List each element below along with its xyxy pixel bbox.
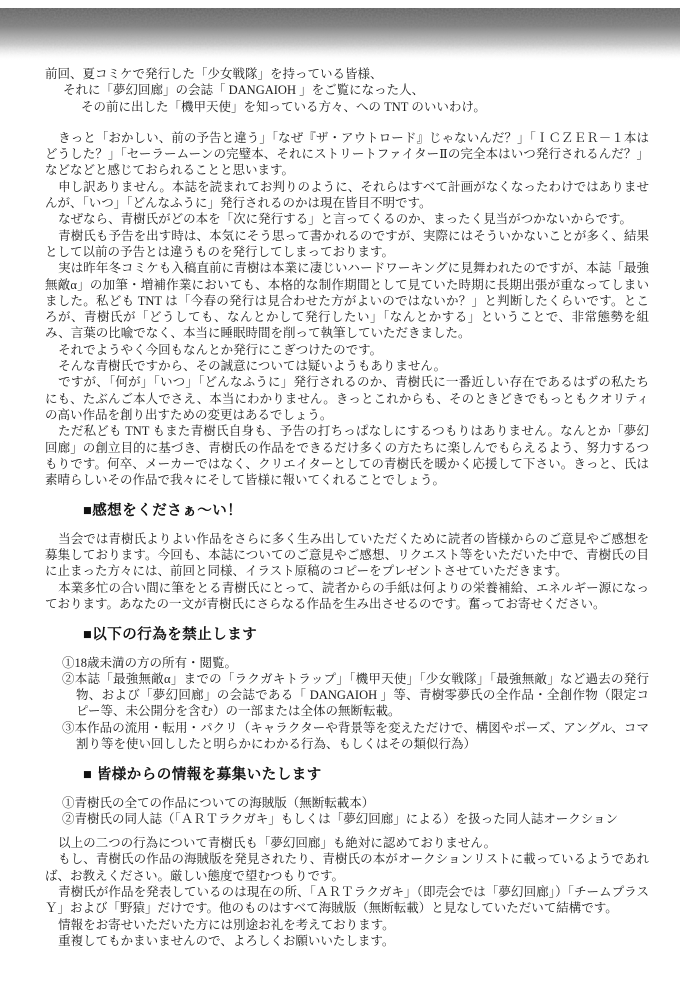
paragraph: 実は昨年冬コミケも入稿直前に青樹は本業に凄じいハードワーキングに見舞われたのです… — [45, 260, 649, 341]
paragraph: 青樹氏も予告を出す時は、本気にそう思って書かれるのですが、実際にはそういかないこ… — [45, 228, 649, 261]
info-closing: 以上の二つの行為について青樹氏も「夢幻回廊」も絶対に認めておりません。 もし、青… — [45, 835, 649, 949]
section-heading-feedback: ■感想をくださぁ～い！ — [83, 503, 649, 519]
intro-block: 前回、夏コミケで発行した「少女戦隊」を持っている皆様、 それに「夢幻回廊」の会誌… — [45, 66, 649, 115]
paragraph: ですが、「何が」「いつ」「どんなふうに」発行されるのか、青樹氏に一番近しい存在で… — [45, 374, 649, 423]
paragraph: それでようやく今回もなんとか発行にこぎつけたのです。 — [45, 342, 649, 358]
paragraph: 当会では青樹氏よりよい作品をさらに多く生み出していただくために読者の皆様からのご… — [45, 531, 649, 580]
list-item: ②青樹氏の同人誌（「ＡＲＴラクガキ」もしくは「夢幻回廊」による）を扱った同人誌オ… — [62, 811, 649, 827]
paragraph: もし、青樹氏の作品の海賊版を発見されたり、青樹氏の本がオークションリストに載って… — [45, 851, 649, 884]
halftone-gradient-band — [0, 8, 680, 60]
paragraph: 情報をお寄せいただいた方には別途お礼を考えております。 — [45, 917, 649, 933]
document-page: 前回、夏コミケで発行した「少女戦隊」を持っている皆様、 それに「夢幻回廊」の会誌… — [45, 66, 649, 949]
intro-line-1: 前回、夏コミケで発行した「少女戦隊」を持っている皆様、 — [45, 66, 649, 82]
paragraph: 青樹氏が作品を発表しているのは現在の所、「ＡＲＴラクガキ」（即売会では「夢幻回廊… — [45, 884, 649, 917]
intro-line-2: それに「夢幻回廊」の会誌「 DANGAIOH 」をご覧になった人、 — [63, 82, 649, 98]
prohibited-section: ■以下の行為を禁止します ①18歳未満の方の所有・閲覧。 ②本誌「最強無敵α」ま… — [45, 627, 649, 752]
list-item: ③本作品の流用・転用・パクリ（キャラクターや背景等を変えただけで、構図やポーズ、… — [62, 720, 649, 753]
intro-line-3: その前に出した「機甲天使」を知っている方々、への TNT のいいわけ。 — [81, 99, 649, 115]
prohibited-list: ①18歳未満の方の所有・閲覧。 ②本誌「最強無敵α」までの「ラクガキトラップ」「… — [62, 655, 649, 753]
section-heading-prohibited: ■以下の行為を禁止します — [83, 627, 649, 643]
paragraph: なぜなら、青樹氏がどの本を「次に発行する」と言ってくるのか、まったく見当がつかな… — [45, 211, 649, 227]
paragraph: そんな青樹氏ですから、その誠意については疑いようもありません。 — [45, 358, 649, 374]
section-heading-info: ■ 皆様からの情報を募集いたします — [83, 767, 649, 783]
paragraph: 本業多忙の合い間に筆をとる青樹氏にとって、読者からの手紙は何よりの栄養補給、エネ… — [45, 580, 649, 613]
info-request-section: ■ 皆様からの情報を募集いたします ①青樹氏の全ての作品についての海賊版（無断転… — [45, 767, 649, 949]
paragraph: 以上の二つの行為について青樹氏も「夢幻回廊」も絶対に認めておりません。 — [45, 835, 649, 851]
opening-section: きっと「おかしい、前の予告と違う」「なぜ『ザ・アウトロード』じゃないんだ？」「Ｉ… — [45, 130, 649, 489]
feedback-section: ■感想をくださぁ～い！ 当会では青樹氏よりよい作品をさらに多く生み出していただく… — [45, 503, 649, 612]
paragraph: 重複してもかまいませんので、よろしくお願いいたします。 — [45, 933, 649, 949]
list-item: ①18歳未満の方の所有・閲覧。 — [62, 655, 649, 671]
paragraph: ただ私ども TNT もまた青樹氏自身も、予告の打ちっぱなしにするつもりはありませ… — [45, 423, 649, 488]
paragraph: きっと「おかしい、前の予告と違う」「なぜ『ザ・アウトロード』じゃないんだ？」「Ｉ… — [45, 130, 649, 179]
list-item: ①青樹氏の全ての作品についての海賊版（無断転載本） — [62, 795, 649, 811]
paragraph: 申し訳ありません。本誌を読まれてお判りのように、それらはすべて計画がなくなったわ… — [45, 179, 649, 212]
list-item: ②本誌「最強無敵α」までの「ラクガキトラップ」「機甲天使」「少女戦隊」「最強無敵… — [62, 671, 649, 720]
info-list: ①青樹氏の全ての作品についての海賊版（無断転載本） ②青樹氏の同人誌（「ＡＲＴラ… — [62, 795, 649, 828]
